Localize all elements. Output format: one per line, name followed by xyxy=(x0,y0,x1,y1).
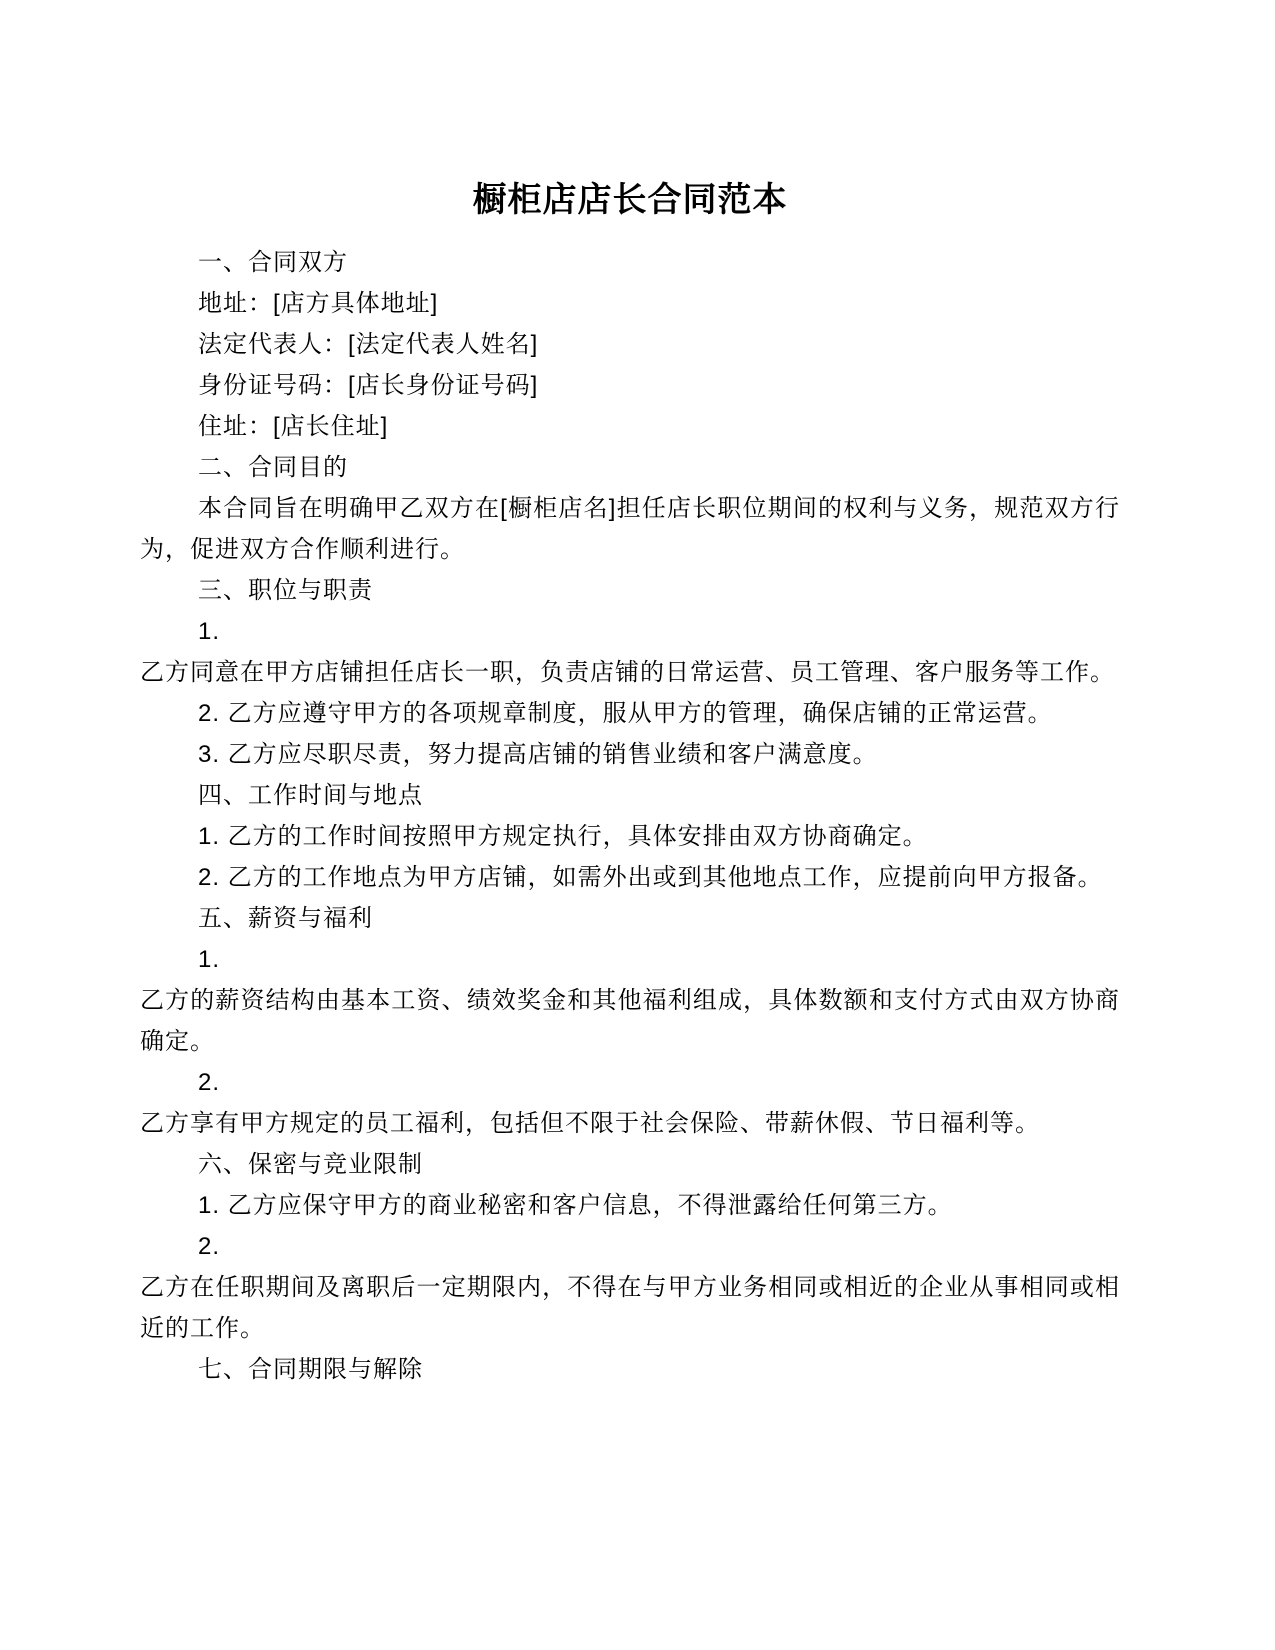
paragraph: 四、工作时间与地点 xyxy=(140,775,1120,816)
paragraph: 住址：[店长住址] xyxy=(140,406,1120,447)
paragraph: 2. 乙方应遵守甲方的各项规章制度，服从甲方的管理，确保店铺的正常运营。 xyxy=(140,693,1120,734)
paragraph: 身份证号码：[店长身份证号码] xyxy=(140,365,1120,406)
paragraph: 1. 乙方应保守甲方的商业秘密和客户信息，不得泄露给任何第三方。 xyxy=(140,1185,1120,1226)
paragraph: 2. xyxy=(140,1226,1120,1267)
paragraph: 乙方的薪资结构由基本工资、绩效奖金和其他福利组成，具体数额和支付方式由双方协商确… xyxy=(140,980,1120,1062)
paragraph: 乙方在任职期间及离职后一定期限内，不得在与甲方业务相同或相近的企业从事相同或相近… xyxy=(140,1267,1120,1349)
paragraph: 1. xyxy=(140,939,1120,980)
paragraph: 2. 乙方的工作地点为甲方店铺，如需外出或到其他地点工作，应提前向甲方报备。 xyxy=(140,857,1120,898)
paragraph: 1. 乙方的工作时间按照甲方规定执行，具体安排由双方协商确定。 xyxy=(140,816,1120,857)
paragraph: 3. 乙方应尽职尽责，努力提高店铺的销售业绩和客户满意度。 xyxy=(140,734,1120,775)
paragraph: 七、合同期限与解除 xyxy=(140,1349,1120,1390)
paragraph: 乙方同意在甲方店铺担任店长一职，负责店铺的日常运营、员工管理、客户服务等工作。 xyxy=(140,652,1120,693)
paragraph: 1. xyxy=(140,611,1120,652)
paragraph: 五、薪资与福利 xyxy=(140,898,1120,939)
paragraph: 二、合同目的 xyxy=(140,447,1120,488)
paragraph: 地址：[店方具体地址] xyxy=(140,283,1120,324)
paragraph: 一、合同双方 xyxy=(140,242,1120,283)
paragraph: 本合同旨在明确甲乙双方在[橱柜店名]担任店长职位期间的权利与义务，规范双方行为，… xyxy=(140,488,1120,570)
paragraph: 乙方享有甲方规定的员工福利，包括但不限于社会保险、带薪休假、节日福利等。 xyxy=(140,1103,1120,1144)
document-page: 橱柜店店长合同范本 一、合同双方地址：[店方具体地址]法定代表人：[法定代表人姓… xyxy=(0,0,1275,1650)
paragraph: 法定代表人：[法定代表人姓名] xyxy=(140,324,1120,365)
paragraph: 2. xyxy=(140,1062,1120,1103)
document-title: 橱柜店店长合同范本 xyxy=(140,175,1120,225)
paragraph: 六、保密与竞业限制 xyxy=(140,1144,1120,1185)
document-body: 一、合同双方地址：[店方具体地址]法定代表人：[法定代表人姓名]身份证号码：[店… xyxy=(140,242,1120,1390)
paragraph: 三、职位与职责 xyxy=(140,570,1120,611)
